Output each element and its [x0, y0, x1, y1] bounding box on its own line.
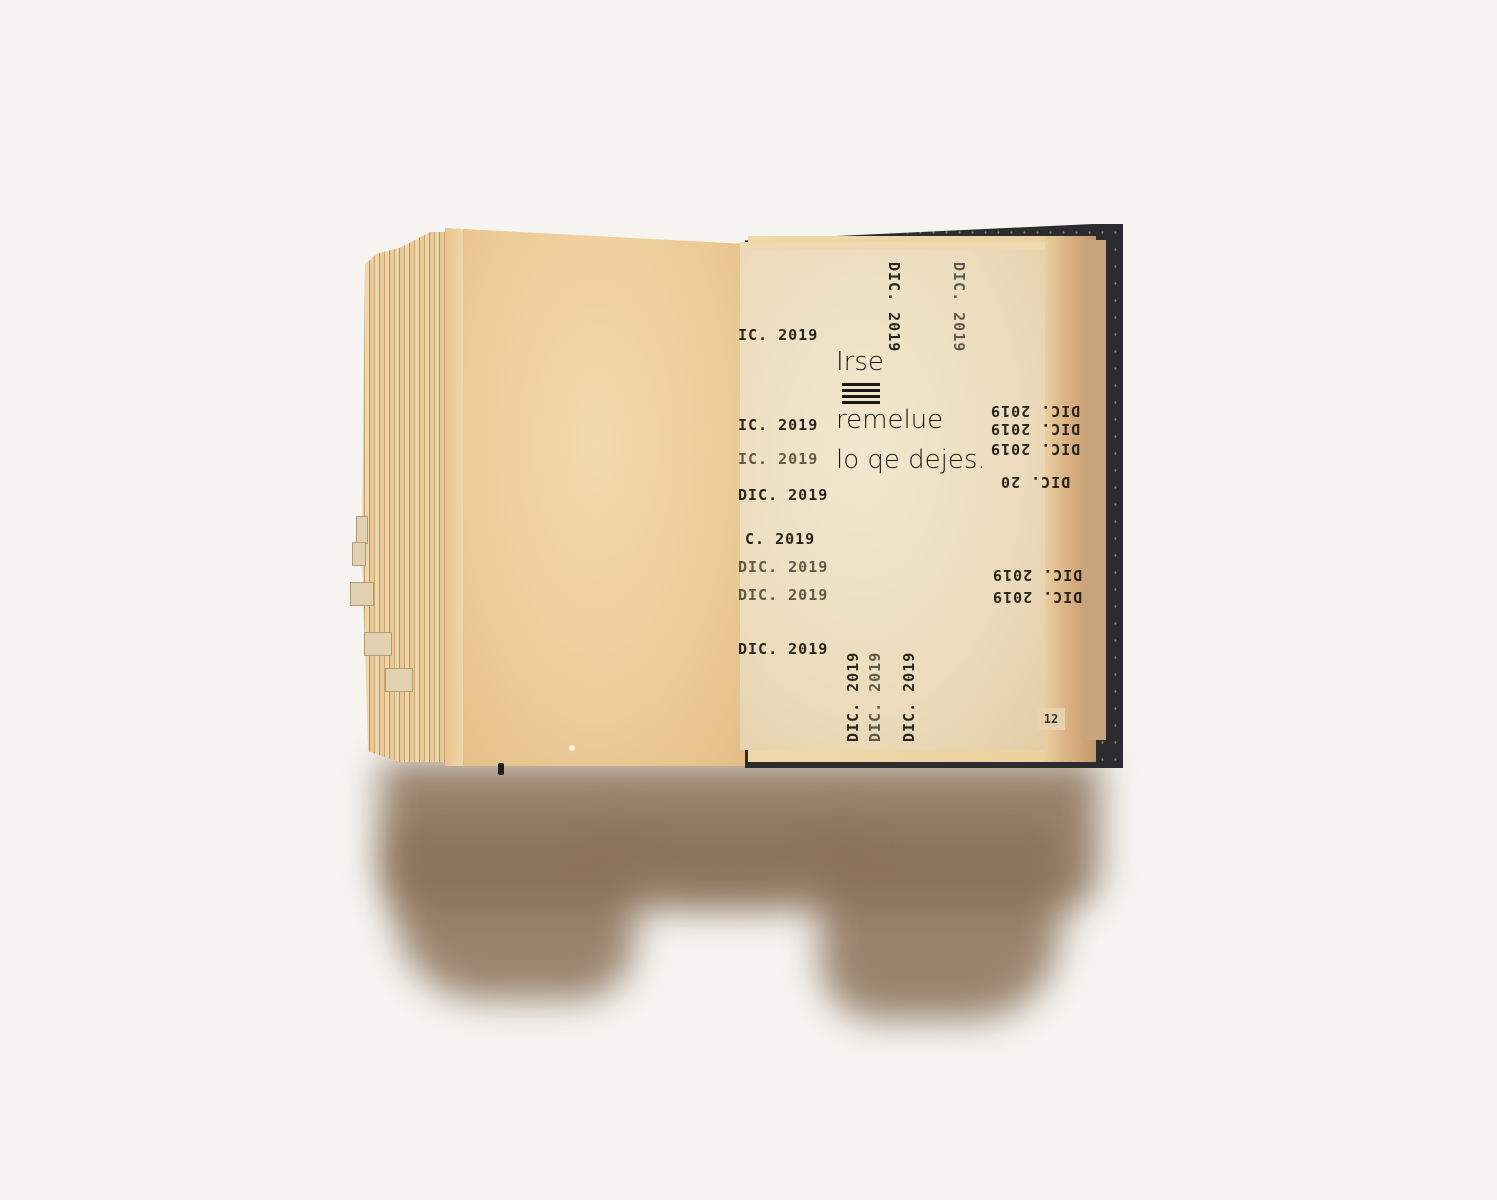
- left-page-blank: [445, 228, 749, 766]
- page-tab: [364, 632, 392, 656]
- date-stamp: IC. 2019: [738, 416, 818, 434]
- date-stamp-vertical: DIC. 2019: [885, 262, 903, 352]
- handwriting-line: lo qe dejes.: [836, 440, 986, 480]
- date-stamp: C. 2019: [745, 530, 815, 548]
- date-stamp-inverted: DIC. 2019: [990, 402, 1080, 420]
- date-stamp: DIC. 2019: [738, 640, 828, 658]
- page-tab: [352, 542, 366, 566]
- paper-spot: [569, 745, 575, 751]
- handwritten-text: Irse remelue lo qe dejes.: [836, 342, 986, 480]
- photo-scene: IC. 2019 IC. 2019 IC. 2019 DIC. 2019 C. …: [0, 0, 1497, 1200]
- date-stamp-vertical: DIC. 2019: [844, 652, 862, 742]
- date-stamp-inverted: DIC. 20: [1000, 473, 1070, 491]
- date-stamp-inverted: DIC. 2019: [990, 420, 1080, 438]
- date-stamp-inverted: DIC. 2019: [992, 588, 1082, 606]
- date-stamp-vertical: DIC. 2019: [950, 262, 968, 352]
- date-stamp: IC. 2019: [738, 326, 818, 344]
- date-stamp: DIC. 2019: [738, 586, 828, 604]
- book-shadow-bridge: [600, 820, 860, 890]
- page-tab: [356, 516, 368, 544]
- date-stamp: DIC. 2019: [738, 486, 828, 504]
- handwriting-line: remelue: [836, 400, 986, 440]
- kraft-paper-edge: [1082, 240, 1106, 740]
- date-stamp: IC. 2019: [738, 450, 818, 468]
- date-stamp: DIC. 2019: [738, 558, 828, 576]
- ribbon-marker: [498, 763, 504, 775]
- date-stamp-inverted: DIC. 2019: [990, 440, 1080, 458]
- page-tab: [385, 668, 413, 692]
- book-shadow-left-lobe: [395, 820, 635, 1000]
- date-stamp-inverted: DIC. 2019: [992, 566, 1082, 584]
- date-stamp-vertical: DIC. 2019: [900, 652, 918, 742]
- handwriting-line: Irse: [836, 342, 986, 382]
- date-stamp-vertical: DIC. 2019: [866, 652, 884, 742]
- page-tab: [350, 582, 374, 606]
- page-number-label: 12: [1037, 708, 1065, 730]
